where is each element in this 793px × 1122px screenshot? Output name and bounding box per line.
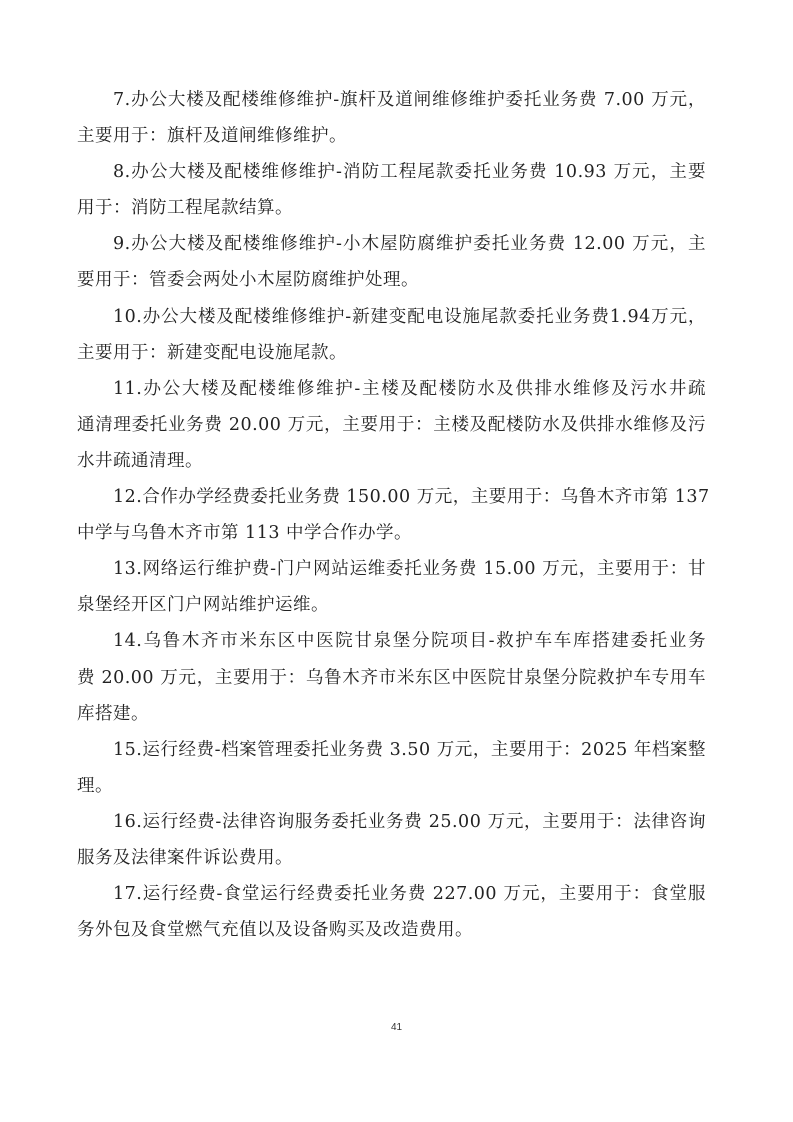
paragraph-line: 15.运行经费-档案管理委托业务费 3.50 万元，主要用于：2025 年档案整 bbox=[77, 732, 706, 768]
paragraph-line: 10.办公大楼及配楼维修维护-新建变配电设施尾款委托业务费1.94万元， bbox=[77, 299, 706, 335]
paragraph-line: 17.运行经费-食堂运行经费委托业务费 227.00 万元，主要用于：食堂服 bbox=[77, 876, 706, 912]
paragraph-line: 水井疏通清理。 bbox=[77, 443, 706, 479]
paragraph-item-14: 14.乌鲁木齐市米东区中医院甘泉堡分院项目-救护车车库搭建委托业务 费 20.0… bbox=[77, 623, 706, 731]
paragraph-item-9: 9.办公大楼及配楼维修维护-小木屋防腐维护委托业务费 12.00 万元，主 要用… bbox=[77, 226, 706, 298]
paragraph-line: 16.运行经费-法律咨询服务委托业务费 25.00 万元，主要用于：法律咨询 bbox=[77, 804, 706, 840]
page-number: 41 bbox=[0, 1022, 793, 1033]
paragraph-line: 主要用于：旗杆及道闸维修维护。 bbox=[77, 118, 706, 154]
paragraph-item-11: 11.办公大楼及配楼维修维护-主楼及配楼防水及供排水维修及污水井疏 通清理委托业… bbox=[77, 371, 706, 479]
paragraph-item-17: 17.运行经费-食堂运行经费委托业务费 227.00 万元，主要用于：食堂服 务… bbox=[77, 876, 706, 948]
paragraph-line: 7.办公大楼及配楼维修维护-旗杆及道闸维修维护委托业务费 7.00 万元， bbox=[77, 82, 706, 118]
paragraph-line: 中学与乌鲁木齐市第 113 中学合作办学。 bbox=[77, 515, 706, 551]
paragraph-line: 11.办公大楼及配楼维修维护-主楼及配楼防水及供排水维修及污水井疏 bbox=[77, 371, 706, 407]
paragraph-line: 要用于：管委会两处小木屋防腐维护处理。 bbox=[77, 262, 706, 298]
paragraph-item-8: 8.办公大楼及配楼维修维护-消防工程尾款委托业务费 10.93 万元，主要 用于… bbox=[77, 154, 706, 226]
paragraph-line: 理。 bbox=[77, 768, 706, 804]
paragraph-line: 务外包及食堂燃气充值以及设备购买及改造费用。 bbox=[77, 912, 706, 948]
paragraph-line: 14.乌鲁木齐市米东区中医院甘泉堡分院项目-救护车车库搭建委托业务 bbox=[77, 623, 706, 659]
paragraph-item-7: 7.办公大楼及配楼维修维护-旗杆及道闸维修维护委托业务费 7.00 万元， 主要… bbox=[77, 82, 706, 154]
paragraph-item-15: 15.运行经费-档案管理委托业务费 3.50 万元，主要用于：2025 年档案整… bbox=[77, 732, 706, 804]
paragraph-line: 泉堡经开区门户网站维护运维。 bbox=[77, 587, 706, 623]
paragraph-item-10: 10.办公大楼及配楼维修维护-新建变配电设施尾款委托业务费1.94万元， 主要用… bbox=[77, 299, 706, 371]
paragraph-item-13: 13.网络运行维护费-门户网站运维委托业务费 15.00 万元，主要用于：甘 泉… bbox=[77, 551, 706, 623]
paragraph-line: 用于：消防工程尾款结算。 bbox=[77, 190, 706, 226]
paragraph-line: 库搭建。 bbox=[77, 696, 706, 732]
paragraph-item-12: 12.合作办学经费委托业务费 150.00 万元，主要用于：乌鲁木齐市第 137… bbox=[77, 479, 706, 551]
document-page: 7.办公大楼及配楼维修维护-旗杆及道闸维修维护委托业务费 7.00 万元， 主要… bbox=[0, 0, 793, 1122]
paragraph-line: 费 20.00 万元，主要用于：乌鲁木齐市米东区中医院甘泉堡分院救护车专用车 bbox=[77, 660, 706, 696]
paragraph-line: 13.网络运行维护费-门户网站运维委托业务费 15.00 万元，主要用于：甘 bbox=[77, 551, 706, 587]
paragraph-line: 主要用于：新建变配电设施尾款。 bbox=[77, 335, 706, 371]
paragraph-line: 12.合作办学经费委托业务费 150.00 万元，主要用于：乌鲁木齐市第 137 bbox=[77, 479, 706, 515]
document-body: 7.办公大楼及配楼维修维护-旗杆及道闸维修维护委托业务费 7.00 万元， 主要… bbox=[77, 82, 706, 948]
paragraph-line: 9.办公大楼及配楼维修维护-小木屋防腐维护委托业务费 12.00 万元，主 bbox=[77, 226, 706, 262]
paragraph-item-16: 16.运行经费-法律咨询服务委托业务费 25.00 万元，主要用于：法律咨询 服… bbox=[77, 804, 706, 876]
paragraph-line: 8.办公大楼及配楼维修维护-消防工程尾款委托业务费 10.93 万元，主要 bbox=[77, 154, 706, 190]
paragraph-line: 通清理委托业务费 20.00 万元，主要用于：主楼及配楼防水及供排水维修及污 bbox=[77, 407, 706, 443]
paragraph-line: 服务及法律案件诉讼费用。 bbox=[77, 840, 706, 876]
